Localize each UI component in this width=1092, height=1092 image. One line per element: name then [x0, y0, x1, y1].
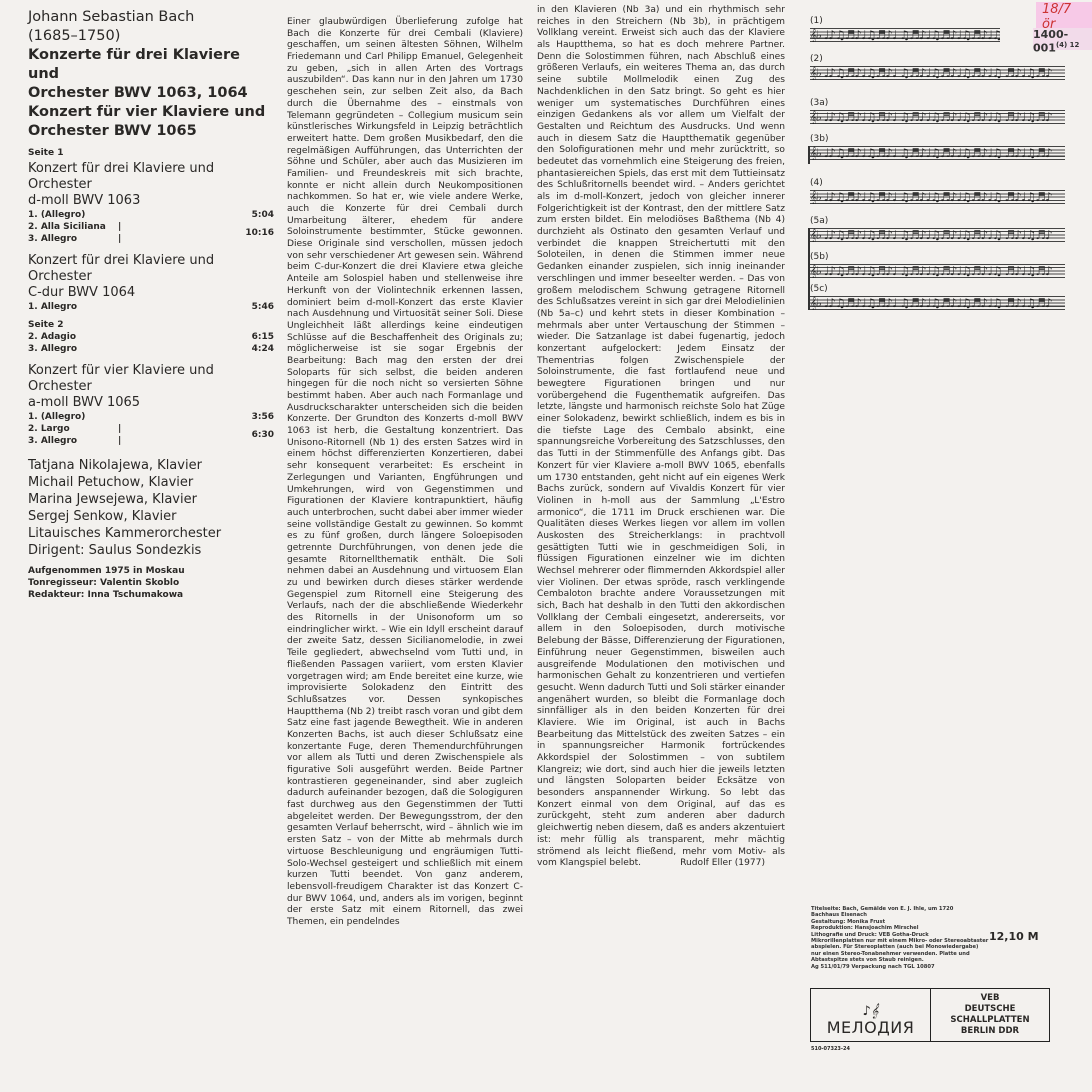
- performer: Michail Petuchow, Klavier: [28, 474, 274, 491]
- track-list: 1. (Allegro)3:56 2. Largo| 3. Allegro|6:…: [28, 411, 274, 447]
- performer: Dirigent: Saulus Sondezkis: [28, 542, 274, 559]
- track-row: 2. Adagio6:15: [28, 331, 274, 343]
- performer: Litauisches Kammerorchester: [28, 525, 274, 542]
- performer: Sergej Senkow, Klavier: [28, 508, 274, 525]
- system-bracket: [808, 228, 810, 310]
- performers: Tatjana Nikolajewa, Klavier Michail Petu…: [28, 457, 274, 559]
- music-staff: (5c)𝄞♭ ♩♪♫♬♪♩♫♬♪♩ ♫♬♪♩♫♬♪♩♫♬♪♩♫ ♬♪♩♫♬♪: [810, 296, 1065, 310]
- composer: Johann Sebastian Bach: [28, 8, 274, 27]
- work-title: Konzert für drei Klaviere und Orchester: [28, 253, 274, 285]
- essay-column-1: Einer glaubwürdigen Überlieferung zufolg…: [287, 17, 523, 929]
- work-key: C-dur BWV 1064: [28, 285, 274, 301]
- track-row: 1. (Allegro)5:04: [28, 209, 274, 221]
- work-key: a-moll BWV 1065: [28, 395, 274, 411]
- work-key: d-moll BWV 1063: [28, 193, 274, 209]
- work-title: Konzert für vier Klaviere und Orchester: [28, 363, 274, 395]
- track-list: 1. Allegro5:46: [28, 301, 274, 313]
- track-row: 3. Allegro4:24: [28, 343, 274, 355]
- melodiya-logo: ♪𝄞 МЕЛОДИЯ: [811, 989, 931, 1041]
- colophon-line: Ag 511/01/79 Verpackung nach TGL 10807: [811, 964, 1023, 970]
- track-row: 1. Allegro5:46: [28, 301, 274, 313]
- album-title-1: Konzerte für drei Klaviere und: [28, 46, 274, 84]
- essay-text: in den Klavieren (Nb 3a) und ein rhythmi…: [537, 5, 785, 870]
- album-title-3: Konzert für vier Klaviere und: [28, 103, 274, 122]
- credit: Aufgenommen 1975 in Moskau: [28, 565, 274, 577]
- performer: Marina Jewsejewa, Klavier: [28, 491, 274, 508]
- system-bracket: [808, 146, 810, 164]
- music-staff: (2)𝄞♭ ♩♪♫♬♪♩♫♬♪♩ ♫♬♪♩♫♬♪♩♫♬♪♩♫ ♬♪♩♫♬♪: [810, 66, 1065, 80]
- album-title-2: Orchester BWV 1063, 1064: [28, 84, 274, 103]
- side-2-label: Seite 2: [28, 319, 274, 331]
- music-staff: (4)𝄞♭ ♩♪♫♬♪♩♫♬♪♩ ♫♬♪♩♫♬♪♩♫♬♪♩♫ ♬♪♩♫♬♪: [810, 190, 1065, 204]
- music-staff: (5b)𝄞♭ ♩♪♫♬♪♩♫♬♪♩ ♫♬♪♩♫♬♪♩♫♬♪♩♫ ♬♪♩♫♬♪: [810, 264, 1065, 278]
- music-examples-column: 18/7 ör 1400-001(4) 12 (1)𝄞♭ ♩♪♫♬♪♩♫♬♪♩ …: [800, 0, 1092, 1092]
- melodiya-emblem-icon: ♪𝄞: [863, 1005, 879, 1019]
- work-title: Konzert für drei Klaviere und Orchester: [28, 161, 274, 193]
- music-staff: (3b)𝄞♭ ♩♪♫♬♪♩♫♬♪♩ ♫♬♪♩♫♬♪♩♫♬♪♩♫ ♬♪♩♫♬♪: [810, 146, 1065, 160]
- credit: Tonregisseur: Valentin Skoblo: [28, 577, 274, 589]
- performer: Tatjana Nikolajewa, Klavier: [28, 457, 274, 474]
- music-staff: (5a)𝄞♭ ♩♪♫♬♪♩♫♬♪♩ ♫♬♪♩♫♬♪♩♫♬♪♩♫ ♬♪♩♫♬♪: [810, 228, 1065, 242]
- music-staff: (3a)𝄞♭ ♩♪♫♬♪♩♫♬♪♩ ♫♬♪♩♫♬♪♩♫♬♪♩♫ ♬♪♩♫♬♪: [810, 110, 1065, 124]
- veb-label: VEBDEUTSCHESCHALLPLATTENBERLIN DDR: [931, 989, 1049, 1041]
- track-list: 2. Adagio6:15 3. Allegro4:24: [28, 331, 274, 355]
- track-row: 1. (Allegro)3:56: [28, 411, 274, 423]
- track-row: 3. Allegro|10:16: [28, 227, 274, 245]
- inventory-stamp: 1400-001(4) 12: [1033, 28, 1092, 50]
- recording-credits: Aufgenommen 1975 in Moskau Tonregisseur:…: [28, 565, 274, 601]
- album-title-4: Orchester BWV 1065: [28, 122, 274, 141]
- essay-column-2: in den Klavieren (Nb 3a) und ein rhythmi…: [537, 5, 785, 870]
- music-staff: (1)𝄞♭ ♩♪♫♬♪♩♫♬♪♩ ♫♬♪♩♫♬♪♩♫♬♪♩♫ ♬♪♩♫♬♪: [810, 28, 1000, 42]
- side-1-label: Seite 1: [28, 147, 274, 159]
- price: 12,10 M: [989, 930, 1039, 943]
- label-box: ♪𝄞 МЕЛОДИЯ VEBDEUTSCHESCHALLPLATTENBERLI…: [810, 988, 1050, 1042]
- track-list: 1. (Allegro)5:04 2. Alla Siciliana| 3. A…: [28, 209, 274, 245]
- catalog-number: 510-07323-24: [811, 1046, 850, 1052]
- track-row: 3. Allegro|6:30: [28, 429, 274, 447]
- credit: Redakteur: Inna Tschumakowa: [28, 589, 274, 601]
- composer-dates: (1685–1750): [28, 27, 274, 46]
- program-column: Johann Sebastian Bach (1685–1750) Konzer…: [28, 8, 274, 601]
